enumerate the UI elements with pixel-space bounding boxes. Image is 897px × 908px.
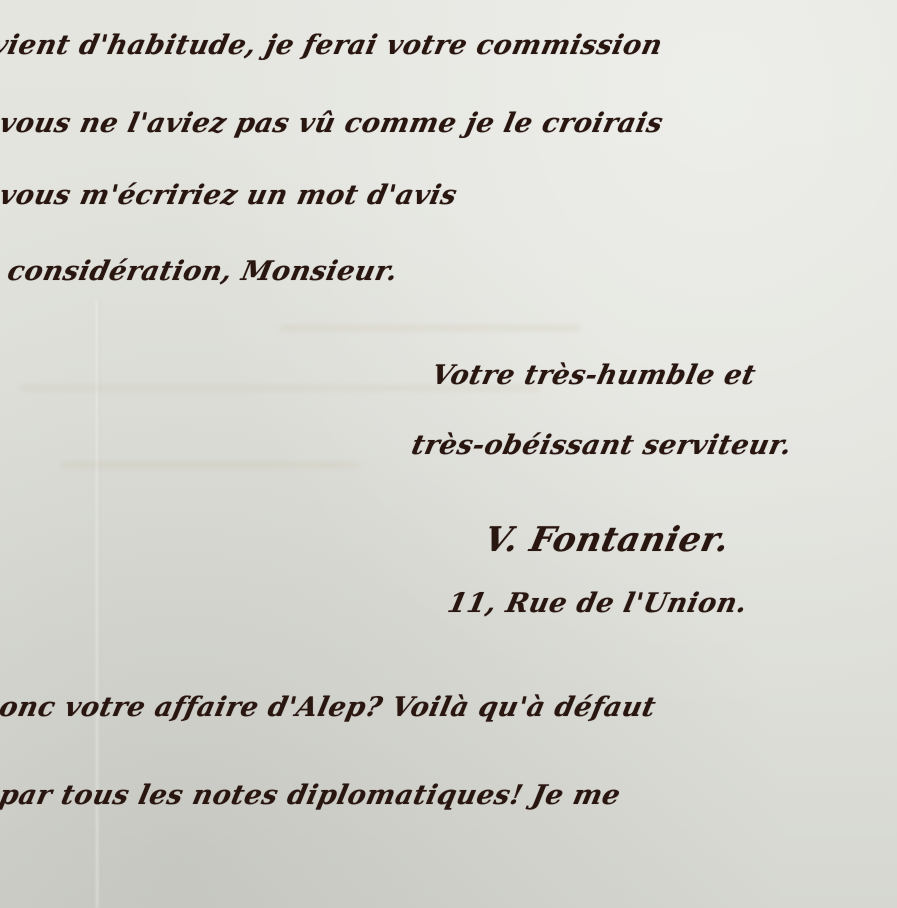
letter-line-4: considération, Monsieur. — [5, 256, 401, 287]
letter-line-3: vous m'écririez un mot d'avis — [0, 180, 460, 211]
closing-line-2: très-obéissant serviteur. — [409, 430, 795, 461]
postscript-line-2: ...par tous les notes diplomatiques! Je … — [0, 780, 623, 811]
postscript-line-1: ...onc votre affaire d'Alep? Voilà qu'à … — [0, 692, 659, 723]
sender-address: 11, Rue de l'Union. — [445, 588, 751, 619]
show-through-mark — [280, 325, 580, 331]
signature: V. Fontanier. — [481, 520, 733, 560]
letter-line-2: vous ne l'aviez pas vû comme je le croir… — [0, 108, 666, 139]
letter-line-1: vient d'habitude, je ferai votre commiss… — [0, 30, 665, 61]
paper-fold — [96, 300, 100, 908]
closing-line-1: Votre très-humble et — [429, 360, 759, 391]
show-through-mark — [60, 462, 360, 468]
